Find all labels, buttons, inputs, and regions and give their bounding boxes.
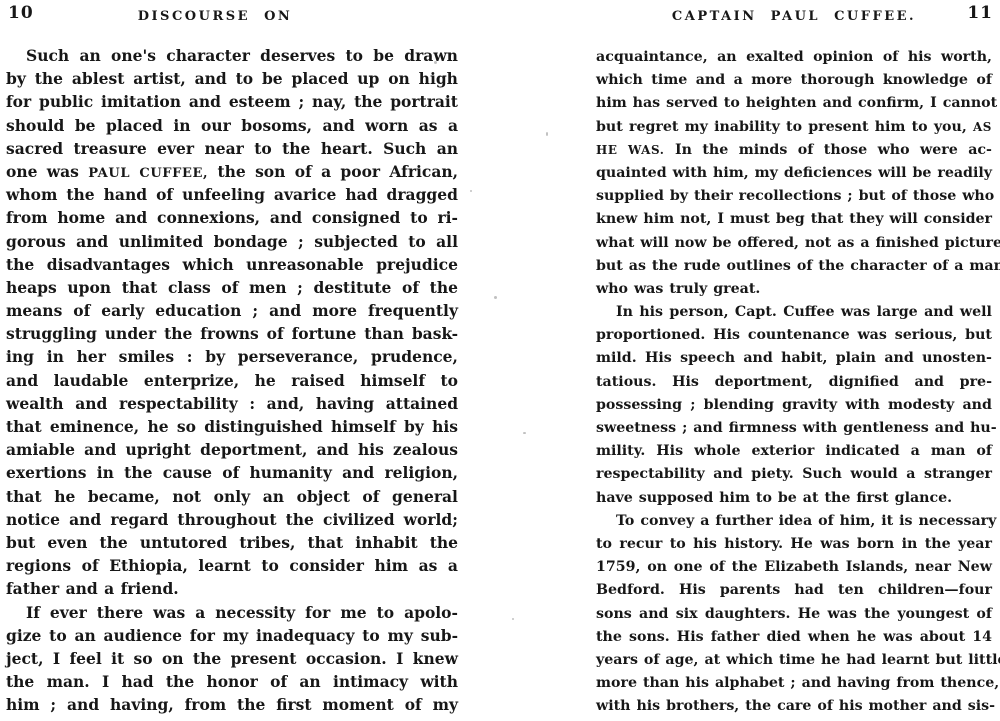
text-line: more than his alphabet ; and having from… [596,672,992,695]
right-page-text: acquaintance, an exalted opinion of his … [596,46,992,718]
text-line: mility. His whole exterior indicated a m… [596,440,992,463]
text-line: father and a friend. [6,577,458,600]
left-running-head: DISCOURSE ON [0,9,430,24]
scan-speckle [470,190,472,192]
scan-speckle [494,296,497,299]
scan-speckle [523,432,526,434]
text-line: sweetness ; and firmness with gentleness… [596,417,992,440]
text-line: Such an one's character deserves to be d… [6,44,458,67]
right-page-number: 11 [967,3,993,23]
text-line: to recur to his history. He was born in … [596,533,992,556]
text-line: gize to an audience for my inadequacy to… [6,624,458,647]
text-line: wealth and respectability : and, having … [6,392,458,415]
text-line: sons and six daughters. He was the young… [596,603,992,626]
text-line: that eminence, he so distinguished himse… [6,415,458,438]
text-line: that he became, not only an object of ge… [6,485,458,508]
text-line: notice and regard throughout the civiliz… [6,508,458,531]
text-line: means of early education ; and more freq… [6,299,458,322]
text-line: acquaintance, an exalted opinion of his … [596,46,992,69]
text-line: 1759, on one of the Elizabeth Islands, n… [596,556,992,579]
left-page-text: Such an one's character deserves to be d… [6,44,458,716]
text-line: but as the rude outlines of the characte… [596,255,992,278]
text-line: by the ablest artist, and to be placed u… [6,67,458,90]
text-line: proportioned. His countenance was seriou… [596,324,992,347]
text-line: ject, I feel it so on the present occasi… [6,647,458,670]
text-line: Bedford. His parents had ten children—fo… [596,579,992,602]
text-line: possessing ; blending gravity with modes… [596,394,992,417]
text-line: If ever there was a necessity for me to … [6,601,458,624]
text-line: knew him not, I must beg that they will … [596,208,992,231]
text-line: have supposed him to be at the first gla… [596,487,992,510]
small-caps-text: AS [973,120,992,134]
text-line: amiable and upright deportment, and his … [6,438,458,461]
text-line: exertions in the cause of humanity and r… [6,461,458,484]
text-line: with his brothers, the care of his mothe… [596,695,992,718]
text-line: ing in her smiles : by perseverance, pru… [6,345,458,368]
right-running-head: CAPTAIN PAUL CUFFEE. [596,9,992,24]
text-line: who was truly great. [596,278,992,301]
text-line: from home and connexions, and consigned … [6,206,458,229]
scan-speckle [546,132,548,136]
text-line: him has served to heighten and confirm, … [596,92,992,115]
scan-speckle [512,618,514,620]
text-line: sacred treasure ever near to the heart. … [6,137,458,160]
text-line: years of age, at which time he had learn… [596,649,992,672]
text-line: gorous and unlimited bondage ; subjected… [6,230,458,253]
text-line: HE WAS. In the minds of those who were a… [596,139,992,162]
text-line: heaps upon that class of men ; destitute… [6,276,458,299]
text-line: tatious. His deportment, dignified and p… [596,371,992,394]
text-line: To convey a further idea of him, it is n… [596,510,992,533]
text-line: and laudable enterprize, he raised himse… [6,369,458,392]
text-line: for public imitation and esteem ; nay, t… [6,90,458,113]
text-line: the sons. His father died when he was ab… [596,626,992,649]
text-line: the man. I had the honor of an intimacy … [6,670,458,693]
small-caps-text: WAS. [628,143,665,157]
text-line: struggling under the frowns of fortune t… [6,322,458,345]
text-line: but even the untutored tribes, that inha… [6,531,458,554]
text-line: him ; and having, from the first moment … [6,693,458,716]
text-line: quainted with him, my deficiences will b… [596,162,992,185]
text-line: which time and a more thorough knowledge… [596,69,992,92]
text-line: supplied by their recollections ; but of… [596,185,992,208]
small-caps-text: HE [596,143,618,157]
book-spread: 10 DISCOURSE ON CAPTAIN PAUL CUFFEE. 11 … [0,0,1000,721]
small-caps-text: PAUL [88,166,130,181]
text-line: one was PAUL CUFFEE, the son of a poor A… [6,160,458,183]
text-line: but regret my inability to present him t… [596,116,992,139]
text-line: respectability and piety. Such would a s… [596,463,992,486]
text-line: In his person, Capt. Cuffee was large an… [596,301,992,324]
text-line: should be placed in our bosoms, and worn… [6,114,458,137]
scan-speckle [434,61,437,64]
text-line: the disadvantages which unreasonable pre… [6,253,458,276]
text-line: regions of Ethiopia, learnt to consider … [6,554,458,577]
text-line: mild. His speech and habit, plain and un… [596,347,992,370]
text-line: what will now be offered, not as a finis… [596,232,992,255]
text-line: whom the hand of unfeeling avarice had d… [6,183,458,206]
small-caps-text: CUFFEE, [139,166,208,181]
